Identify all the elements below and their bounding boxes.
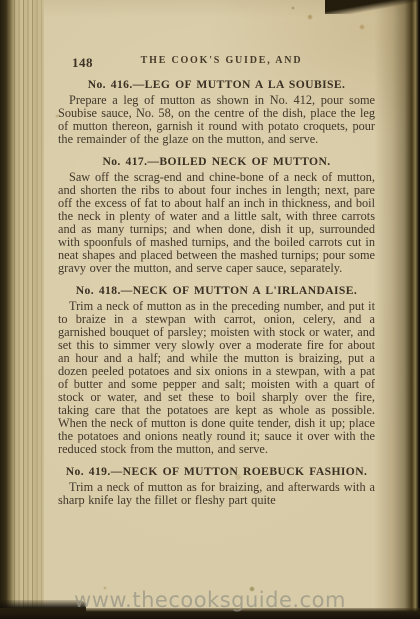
recipe-body-419: Trim a neck of mutton as for braizing, a…: [58, 481, 375, 507]
running-header-title: THE COOK'S GUIDE, AND: [58, 55, 375, 66]
book-spine-shadow-left: [0, 0, 44, 619]
recipe-section-418: No. 418.—NECK OF MUTTON A L'IRLANDAISE. …: [58, 284, 375, 456]
site-watermark: www.thecooksguide.com: [0, 588, 420, 612]
recipe-section-416: No. 416.—LEG OF MUTTON A LA SOUBISE. Pre…: [58, 78, 375, 146]
page-content: 148 THE COOK'S GUIDE, AND No. 416.—LEG O…: [58, 55, 375, 507]
page-curve-shadow-right: [374, 0, 420, 619]
recipe-section-419: No. 419.—NECK OF MUTTON ROEBUCK FASHION.…: [58, 465, 375, 507]
recipe-heading-419: No. 419.—NECK OF MUTTON ROEBUCK FASHION.: [58, 465, 375, 478]
running-head: 148 THE COOK'S GUIDE, AND: [58, 55, 375, 69]
book-page-edges-left: [0, 0, 44, 619]
recipe-body-418: Trim a neck of mutton as in the precedin…: [58, 300, 375, 456]
table-shadow-bottom-left: [0, 600, 86, 619]
recipe-heading-416: No. 416.—LEG OF MUTTON A LA SOUBISE.: [58, 78, 375, 91]
corner-shadow-top-right: [325, 0, 420, 14]
scanned-book-page: 148 THE COOK'S GUIDE, AND No. 416.—LEG O…: [0, 0, 420, 619]
recipe-heading-417: No. 417.—BOILED NECK OF MUTTON.: [58, 155, 375, 168]
recipe-section-417: No. 417.—BOILED NECK OF MUTTON. Saw off …: [58, 155, 375, 275]
page-number: 148: [72, 55, 93, 71]
table-edge-bottom: [0, 608, 420, 619]
recipe-body-417: Saw off the scrag-end and chine-bone of …: [58, 171, 375, 275]
recipe-body-416: Prepare a leg of mutton as shown in No. …: [58, 94, 375, 146]
recipe-heading-418: No. 418.—NECK OF MUTTON A L'IRLANDAISE.: [58, 284, 375, 297]
